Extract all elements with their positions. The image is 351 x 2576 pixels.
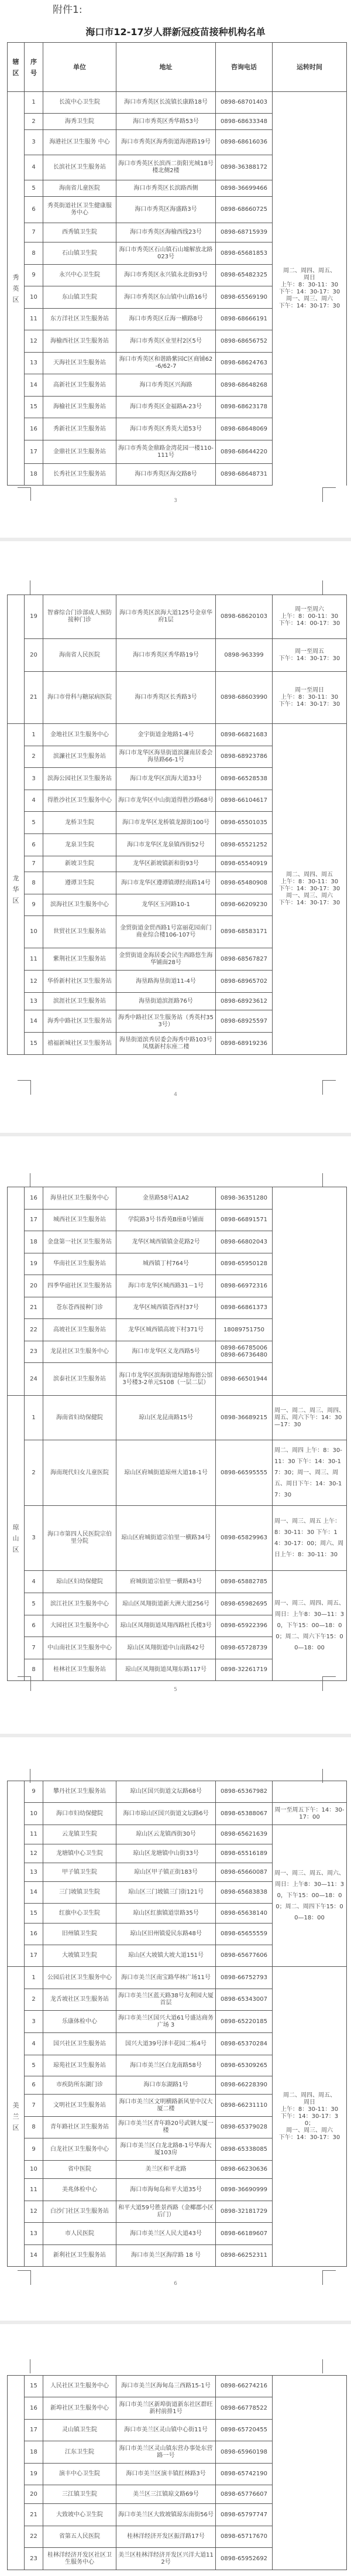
row-number: 1: [25, 92, 43, 114]
address: 海口市龙华区龙泉镇西街52号: [116, 834, 216, 856]
row-number: 17: [25, 440, 43, 464]
unit-name: 得胜沙社区卫生服务中心: [43, 790, 116, 812]
phone-number: 0898-68666191: [216, 309, 273, 330]
unit-name: 海口市第四人民医院宗伯里分院: [43, 1506, 116, 1571]
address: 海口市东湖路1号: [116, 2076, 216, 2095]
unit-name: 滨濂社区卫生服务站: [43, 746, 116, 768]
phone-number: 0898-65922396: [216, 1615, 273, 1637]
phone-number: 0898-66228390: [216, 2076, 273, 2095]
hours-cell: 周二、周四、周五、 周日 上午：8：30-11：30 下午：14：30-17：3…: [273, 1967, 347, 2267]
phone-number: 0898-65516189: [216, 1844, 273, 1863]
row-number: 20: [25, 2485, 43, 2504]
phone-number: 0898-68648731: [216, 464, 273, 486]
unit-name: 长流中心卫生院: [43, 92, 116, 114]
unit-name: 海港社区卫生服务 中心: [43, 130, 116, 155]
row-number: 2: [25, 1440, 43, 1506]
address: 海口市秀英区长秀路3号: [116, 672, 216, 724]
phone-number: 0898-36388172: [216, 155, 273, 180]
phone-number: 0898-65681853: [216, 242, 273, 265]
hours-cell: 周二、周四、周五 上午：8：30-11：30 下午：14：30-17：30 周一…: [273, 724, 347, 1055]
phone-number: 0898-65621639: [216, 1825, 273, 1844]
phone-number: 0898-66972316: [216, 1275, 273, 1297]
phone-number: 0898-65717670: [216, 2526, 273, 2548]
phone-number: 0898-65829963: [216, 1506, 273, 1571]
row-number: 20: [25, 639, 43, 672]
unit-name: 城西社区卫生服务站: [43, 1210, 116, 1231]
phone-number: 0898-65501035: [216, 812, 273, 834]
phone-number: 0898-65480908: [216, 872, 273, 894]
unit-name: 省第五人民医院: [43, 2526, 116, 2548]
row-number: 6: [25, 197, 43, 223]
unit-name: 青年路社区卫生服务站: [43, 2117, 116, 2138]
phone-number: 0898-68648069: [216, 418, 273, 440]
row-number: 8: [25, 2117, 43, 2138]
unit-name: 西秀镇卫生院: [43, 223, 116, 242]
table-row: 2海南现代妇女儿童医院琼山区府城街道琼州大道18-1号0898-66595555…: [8, 1440, 347, 1506]
row-number: 22: [25, 1319, 43, 1341]
row-number: 13: [25, 993, 43, 1010]
phone-number: 0898-65742190: [216, 2464, 273, 2485]
address: 琼山区府城街道宗伯里一横路34号: [116, 1506, 216, 1571]
address: 海口市美兰区蓝天路38号友利园大厦首层: [116, 1989, 216, 2011]
address: 海口市秀英区滨海大道125号金章华府1层: [116, 595, 216, 639]
row-number: 12: [25, 1844, 43, 1863]
phone-number: 0898-65677606: [216, 1945, 273, 1967]
row-number: 19: [25, 1253, 43, 1275]
page-number: 6: [0, 2281, 351, 2287]
phone-number: 0898-68623178: [216, 397, 273, 418]
row-number: 16: [25, 1187, 43, 1210]
row-number: 10: [25, 286, 43, 309]
crop-mark-left: [30, 580, 30, 595]
unit-name: 苍东苍西接种门诊: [43, 1297, 116, 1319]
unit-name: 海秀卫生院: [43, 114, 116, 130]
phone-number: 0898-65220185: [216, 2011, 273, 2033]
row-number: 7: [25, 856, 43, 872]
address: 海口市秀英区和谐路紫园C区商铺62-6/62-7: [116, 353, 216, 374]
address: 金垦路58号A1A2: [116, 1187, 216, 1210]
address: 海口市秀英区秀英大道53号: [116, 418, 216, 440]
row-number: 18: [25, 1231, 43, 1253]
phone-number: 0898-68620103: [216, 595, 273, 639]
unit-name: 桂林洋经济开发区社区卫生服务中心: [43, 2548, 116, 2570]
row-number: 15: [25, 1904, 43, 1924]
address: 海垦街道滨涯路76号: [116, 993, 216, 1010]
unit-name: 海秀中路社区卫生服务站: [43, 1010, 116, 1033]
unit-name: 世贸社区卫生服务站: [43, 916, 116, 948]
address: 琼山区云龙镇西街30号: [116, 1825, 216, 1844]
address: 海口市龙华区城西路31－1号: [116, 1275, 216, 1297]
unit-name: 海南省妇幼保健院: [43, 1396, 116, 1440]
district-cell: 龙华区: [8, 724, 25, 1055]
hours-cell: 周二、周四 上午：8：30-11：30 下午：14：30-17：30；周一、周三…: [273, 1440, 347, 1506]
unit-name: 大园社区卫生服务中心: [43, 1615, 116, 1637]
address: 龙华区新坡镇新和街93号: [116, 856, 216, 872]
phone-number: 0898-68616036: [216, 130, 273, 155]
unit-name: 四季华庭社区卫生服务站: [43, 1275, 116, 1297]
address: 海口市美兰区灵山镇中心街11号: [116, 2420, 216, 2441]
row-number: 24: [25, 1363, 43, 1396]
table-row: 21海口市骨科与糖尿病医院海口市秀英区长秀路3号0898-68603990 周一…: [8, 672, 347, 724]
text: 龙华区: [12, 873, 20, 906]
row-number: 9: [25, 265, 43, 286]
phone-number: 0898-65950128: [216, 1253, 273, 1275]
unit-name: 龙昆社区卫生服务中心: [43, 1341, 116, 1363]
phone-number: 0898-68925597: [216, 1010, 273, 1033]
document-title: 海口市12-17岁人群新冠疫苗接种机构名单: [0, 25, 351, 38]
table-row: 16海垦社区卫生服务中心金垦路58号A1A20898-36351280: [8, 1187, 347, 1210]
address: 海口市龙华区海垦街道滨濂南居委会海垦路66-1号: [116, 746, 216, 768]
address: 龙华区城西镇苍西村37号: [116, 1297, 216, 1319]
institution-table-page-5: 15人民社区卫生服务中心海口市美兰区海甸岛三西路15-1号0898-662742…: [7, 2375, 347, 2570]
address: 海口市秀英区海交路8号: [116, 464, 216, 486]
address: 琼山区凤翔街道凤翔东路117号: [116, 1659, 216, 1681]
row-number: 10: [25, 916, 43, 948]
address: 海口市秀英金鼎路金湾花园一楼110-111号: [116, 440, 216, 464]
crop-mark-left: [30, 2359, 30, 2373]
address: 府城街道宗伯里一横路43号: [116, 1571, 216, 1593]
row-number: 14: [25, 1010, 43, 1033]
unit-name: 琼苑社区卫生服务站: [43, 2055, 116, 2076]
unit-name: 龙泉卫生院: [43, 834, 116, 856]
row-number: 18: [25, 464, 43, 486]
unit-name: 智睿综合门诊部成人预防接种门诊: [43, 595, 116, 639]
unit-name: 攀丹社区卫生服务站: [43, 1781, 116, 1803]
phone-number: 0898-66802043: [216, 1231, 273, 1253]
row-number: 4: [25, 1571, 43, 1593]
phone-number: 0898-66209230: [216, 894, 273, 916]
unit-name: 省中医院: [43, 2161, 116, 2179]
address: 海口市秀英区长流镇长康路18号: [116, 92, 216, 114]
address: 海垦路海垦街道11-4号: [116, 971, 216, 993]
table-header-row: 辖区 序号 单位 地址 咨询电话 运转时间: [8, 43, 347, 92]
row-number: 5: [25, 180, 43, 197]
phone-number: 0898-68923786: [216, 746, 273, 768]
district-cell: 美兰区: [8, 1967, 25, 2267]
unit-name: 美兆体检中心: [43, 2179, 116, 2201]
unit-name: 石山镇卫生院: [43, 242, 116, 265]
address: 金贸街道金海居委会民生西路悠生海华铺面28号: [116, 948, 216, 971]
phone-number: 0898-65882785: [216, 1571, 273, 1593]
phone-number: 0898-66891571: [216, 1210, 273, 1231]
phone-number: 0898-65521252: [216, 834, 273, 856]
row-number: 7: [25, 1637, 43, 1659]
table-row: 20海南省人民医院海口市秀英区秀华路19号0898-963399 周一至周五 下…: [8, 639, 347, 672]
address: 琼山区国兴街道文坛路68号: [116, 1781, 216, 1803]
row-number: 6: [25, 2076, 43, 2095]
text: 秀英区: [12, 272, 20, 305]
address: 海口市美兰区演丰镇红林路3号: [116, 2464, 216, 2485]
table-row: 美兰区 1公园后社区卫生服务中心海口市美兰区南宝路华林广场11号0898-667…: [8, 1967, 347, 1989]
address: 美兰区和平北路: [116, 2161, 216, 2179]
table-row: 11云龙镇卫生院琼山区云龙镇西街30号0898-65621639 周一、周三、周…: [8, 1825, 347, 1844]
row-number: 1: [25, 1396, 43, 1440]
phone-number: 0898-66104617: [216, 790, 273, 812]
address: 海口市秀英区石山镇石山墟解放北路023号: [116, 242, 216, 265]
row-number: 9: [25, 1781, 43, 1803]
address: 海口市美兰区国兴大道61号盛达商务广场 3: [116, 2011, 216, 2033]
row-number: 16: [25, 2397, 43, 2420]
unit-name: 三门坡镇卫生院: [43, 1882, 116, 1904]
row-number: 3: [25, 2011, 43, 2033]
phone-number: 0898-66778522: [216, 2397, 273, 2420]
header-unit: 单位: [43, 43, 116, 92]
page-number: 5: [0, 1687, 351, 1693]
address: 琼山区龙昆南路15号: [116, 1396, 216, 1440]
phone-number: 0898-65309265: [216, 2055, 273, 2076]
table-row: 4琼山区妇幼保健院府城街道宗伯里一横路43号0898-65882785 周一、周…: [8, 1571, 347, 1593]
row-number: 15: [25, 1033, 43, 1055]
unit-name: 市疾防所东湖门诊: [43, 2076, 116, 2095]
text: 琼山区: [12, 1522, 20, 1555]
district-cell: [8, 2376, 25, 2570]
phone-number: 0898-68648268: [216, 374, 273, 397]
unit-name: 市人民医院: [43, 2223, 116, 2245]
phone-number: 0898-66752793: [216, 1967, 273, 1989]
phone-number: 0898-65569190: [216, 286, 273, 309]
crop-mark-left: [30, 1173, 30, 1187]
address: 海口市美兰区青年路20号武钢大厦一楼: [116, 2117, 216, 2138]
phone-number: 0898-65379028: [216, 2117, 273, 2138]
address: 国兴大道39号泽丰花园二栋4号: [116, 2033, 216, 2055]
phone-number: 0898-65776607: [216, 2485, 273, 2504]
phone-number: 0898-65482325: [216, 265, 273, 286]
phone-number: 0898-66595555: [216, 1440, 273, 1506]
unit-name: 乐康体检中心: [43, 2011, 116, 2033]
phone-number: 0898-68923612: [216, 993, 273, 1010]
unit-name: 海南省儿童医院: [43, 180, 116, 197]
address: 海口市美兰区人民大道43号: [116, 2223, 216, 2245]
phone-number: 0898-66230636: [216, 2161, 273, 2179]
phone-number: 0898-65720455: [216, 2420, 273, 2441]
address: 琼山区红旗镇道崇路35号: [116, 1904, 216, 1924]
row-number: 11: [25, 309, 43, 330]
text: 序号: [30, 56, 38, 78]
unit-name: 海口市骨科与糖尿病医院: [43, 672, 116, 724]
phone-number: 0898-66252311: [216, 2245, 273, 2267]
phone-number: 0898-66189607: [216, 2223, 273, 2245]
unit-name: 海榆社区卫生服务站: [43, 397, 116, 418]
row-number: 23: [25, 2548, 43, 2570]
address: 琼山区甲子镇正街183号: [116, 1863, 216, 1882]
address: 海口市龙华区遵谭镇谭经南路14号: [116, 872, 216, 894]
unit-name: 琼山区妇幼保健院: [43, 1571, 116, 1593]
phone-number: 0898-36690999: [216, 2179, 273, 2201]
row-number: 10: [25, 1803, 43, 1825]
page-1: 附件1: 海口市12-17岁人群新冠疫苗接种机构名单 辖区 序号 单位 地址 咨…: [0, 0, 351, 545]
unit-name: 东山镇卫生院: [43, 286, 116, 309]
row-number: 2: [25, 114, 43, 130]
address: 海口市秀英区东山镇中山路16号: [116, 286, 216, 309]
hours-cell: 周一至周五 下午：14：30-17：30: [273, 639, 347, 672]
row-number: 12: [25, 330, 43, 353]
address: 龙华区玉河路10-1: [116, 894, 216, 916]
phone-number: 0898-65683838: [216, 1882, 273, 1904]
address: 海口市秀英区业里村2区5号: [116, 330, 216, 353]
address: 龙华区城西镇高坡下村371号: [116, 1319, 216, 1341]
address: 海口市海甸岛和平大道35号: [116, 2179, 216, 2201]
address: 海口市美兰区白龙南路58号: [116, 2055, 216, 2076]
address: 海口市美兰区新埠街道新东社区群旺新村前排1号: [116, 2397, 216, 2420]
row-number: 1: [25, 1967, 43, 1989]
unit-name: 高坡社区卫生服务站: [43, 1319, 116, 1341]
address: 海口市美兰区灵山镇东营办事处东营路一号: [116, 2441, 216, 2464]
page-5: 15人民社区卫生服务中心海口市美兰区海甸岛三西路15-1号0898-662742…: [0, 2324, 351, 2576]
address: 海口市美兰区文明横路新风里中汉大厦二楼: [116, 2095, 216, 2117]
institution-table-page-2: 19智睿综合门诊部成人预防接种门诊海口市秀英区滨海大道125号金章华府1层089…: [7, 595, 347, 1055]
address: 海口市美兰区白龙北路8-1号华海大厦103房: [116, 2138, 216, 2161]
unit-name: 遵谭卫生院: [43, 872, 116, 894]
row-number: 23: [25, 1341, 43, 1363]
table-row: 19智睿综合门诊部成人预防接种门诊海口市秀英区滨海大道125号金章华府1层089…: [8, 595, 347, 639]
hours-cell: 周一、周三、周五 上午：8：30-11：30 下午：14：30-17：00；周六…: [273, 1506, 347, 1571]
hours-cell: [273, 1781, 347, 1803]
row-number: 21: [25, 2504, 43, 2526]
address: 琼山区凤翔街道凤翔西路杜氏楼3号: [116, 1615, 216, 1637]
attachment-label: 附件1:: [53, 1, 82, 16]
unit-name: 灵山镇卫生院: [43, 2420, 116, 2441]
unit-name: 金鼎社区卫生服务站: [43, 440, 116, 464]
address: 琼山区大坡镇大坡大道151号: [116, 1945, 216, 1967]
hours-cell: 周一、周三、周五、周六、周日：上午8：30—11：30，下午15：00—18：0…: [273, 1825, 347, 1967]
row-number: 11: [25, 948, 43, 971]
address: 海口市秀英区海盛路3号: [116, 197, 216, 223]
unit-name: 华侨新村社区卫生服务站: [43, 971, 116, 993]
header-hours: 运转时间: [273, 43, 347, 92]
unit-name: 桂林社区卫生服务站: [43, 1659, 116, 1681]
unit-name: 天海社区卫生服务站: [43, 353, 116, 374]
row-number: 13: [25, 2223, 43, 2245]
row-number: 7: [25, 223, 43, 242]
address: 海口市龙华区滨海街道绿地海德公馆3号楼3-2单元S108（一层二层）: [116, 1363, 216, 1396]
address: 海口市秀英区永兴镇永北街93号: [116, 265, 216, 286]
header-address: 地址: [116, 43, 216, 92]
district-cell: 秀英区: [8, 92, 25, 486]
row-number: 4: [25, 155, 43, 180]
unit-name: 海南现代妇女儿童医院: [43, 1440, 116, 1506]
unit-name: 新坡卫生院: [43, 856, 116, 872]
row-number: 11: [25, 1825, 43, 1844]
phone-number: 0898-68624763: [216, 353, 273, 374]
row-number: 21: [25, 1297, 43, 1319]
unit-name: 滨江社区卫生服务中心: [43, 1593, 116, 1615]
row-number: 5: [25, 812, 43, 834]
row-number: 5: [25, 1593, 43, 1615]
hours-cell: 周一、周三、周四、周五、周日：上午8：30—11：30，下午15：00—18：0…: [273, 1571, 347, 1681]
unit-name: 东方洋社区卫生服务站: [43, 309, 116, 330]
address: 海口市秀英区丘海一横路8号: [116, 309, 216, 330]
crop-mark-right: [322, 2359, 323, 2373]
institution-table-page-1: 辖区 序号 单位 地址 咨询电话 运转时间 秀英区 1长流中心卫生院海口市秀英区…: [7, 42, 347, 486]
unit-name: 大坡镇卫生院: [43, 1945, 116, 1967]
table-row: 龙华区 1金地社区卫生服务中心金宇街道金地路1-4号0898-66821683 …: [8, 724, 347, 746]
unit-name: 长滨社区卫生服务站: [43, 155, 116, 180]
row-number: 21: [25, 672, 43, 724]
hours-cell: 周一至周日 上午：8：30-11：30 下午：14：30-17：30: [273, 672, 347, 724]
unit-name: 旧州镇卫生院: [43, 1924, 116, 1945]
row-number: 14: [25, 374, 43, 397]
phone-number: 0898-68633348: [216, 114, 273, 130]
hours-cell: 周二、周四、周五、 周日 上午：8：30-11：30 下午：14：30-17：3…: [273, 92, 347, 486]
address: 琼山区凤翔街道新大洲大道256号: [116, 1593, 216, 1615]
row-number: 18: [25, 2441, 43, 2464]
unit-name: 公园后社区卫生服务中心: [43, 1967, 116, 1989]
unit-name: 新利社区卫生服务站: [43, 2245, 116, 2267]
row-number: 16: [25, 1924, 43, 1945]
hours-cell: 周一至周六 上午：8：00-11：30 下午：14：00-17：30: [273, 595, 347, 639]
row-number: 19: [25, 595, 43, 639]
phone-number: 0898-66501944: [216, 1363, 273, 1396]
unit-name: 华南社区卫生服务站: [43, 1253, 116, 1275]
row-number: 7: [25, 2095, 43, 2117]
phone-number: 0898-68660725: [216, 197, 273, 223]
row-number: 14: [25, 1882, 43, 1904]
unit-name: 滨泰社区卫生服务站: [43, 1363, 116, 1396]
table-row: 琼山区 1海南省妇幼保健院琼山区龙昆南路15号0898-36689215 周一、…: [8, 1396, 347, 1440]
address: 海口市龙华区龙桥镇龙源街100号: [116, 812, 216, 834]
unit-name: 白沙门社区卫生服务站: [43, 2201, 116, 2223]
header-number: 序号: [25, 43, 43, 92]
unit-name: 长秀社区卫生服务站: [43, 464, 116, 486]
address: 海口市秀英区秀华路19号: [116, 639, 216, 672]
row-number: 6: [25, 834, 43, 856]
unit-name: 海南省人民医院: [43, 639, 116, 672]
phone-number: 0898-68965702: [216, 971, 273, 993]
phone-number: 0898-963399: [216, 639, 273, 672]
address: 琼山区旧州镇爱民东路48号: [116, 1924, 216, 1945]
unit-name: 高新社区卫生服务站: [43, 374, 116, 397]
row-number: 3: [25, 768, 43, 790]
phone-number: 0898-65728739: [216, 1637, 273, 1659]
phone-number: 0898-66785006 0898-66736480: [216, 1341, 273, 1363]
district-cell: [8, 1187, 25, 1396]
address: 海秀中路社区卫生服务站（秀英村353号）: [116, 1010, 216, 1033]
row-number: 20: [25, 1275, 43, 1297]
row-number: 8: [25, 872, 43, 894]
phone-number: 0898-66821683: [216, 724, 273, 746]
address: 琼山区龙塘镇中山街33号: [116, 1844, 216, 1863]
unit-name: 三江镇卫生院: [43, 2485, 116, 2504]
unit-name: 云龙镇卫生院: [43, 1825, 116, 1844]
row-number: 4: [25, 790, 43, 812]
row-number: 4: [25, 2033, 43, 2055]
table-row: 15人民社区卫生服务中心海口市美兰区海甸岛三西路15-1号0898-662742…: [8, 2376, 347, 2397]
address: 琼山区府城街道琼州大道18-1号: [116, 1440, 216, 1506]
row-number: 8: [25, 242, 43, 265]
row-number: 16: [25, 418, 43, 440]
phone-number: 0898-68583171: [216, 916, 273, 948]
row-number: 14: [25, 2245, 43, 2267]
row-number: 10: [25, 2161, 43, 2179]
address: 海口市美兰区大致坡镇琼东南街56号: [116, 2504, 216, 2526]
hours-cell: [273, 1187, 347, 1396]
page-number: 3: [0, 498, 351, 504]
address: 海垦街道滨秀居委会海秀中路103号凤凰新村东座二楼: [116, 1033, 216, 1055]
unit-name: 甲子镇卫生院: [43, 1863, 116, 1882]
table-row: 10海口市妇幼保健院海口市琼山区国兴街道文坛路6号0898-65388067 周…: [8, 1803, 347, 1825]
phone-number: 0898-65655559: [216, 1924, 273, 1945]
address: 海口市秀英区金福路A-23号: [116, 397, 216, 418]
row-number: 1: [25, 724, 43, 746]
unit-name: 海垦社区卫生服务中心: [43, 1187, 116, 1210]
unit-name: 滨海社区卫生服务中心: [43, 894, 116, 916]
row-number: 15: [25, 2376, 43, 2397]
phone-number: 0898-68715939: [216, 223, 273, 242]
phone-number: 0898-65952692: [216, 2548, 273, 2570]
unit-name: 海榆西社区卫生服务站: [43, 330, 116, 353]
phone-number: 0898-66231110: [216, 2095, 273, 2117]
hours-cell: 周一至周五下午：14：30-17：00: [273, 1803, 347, 1825]
